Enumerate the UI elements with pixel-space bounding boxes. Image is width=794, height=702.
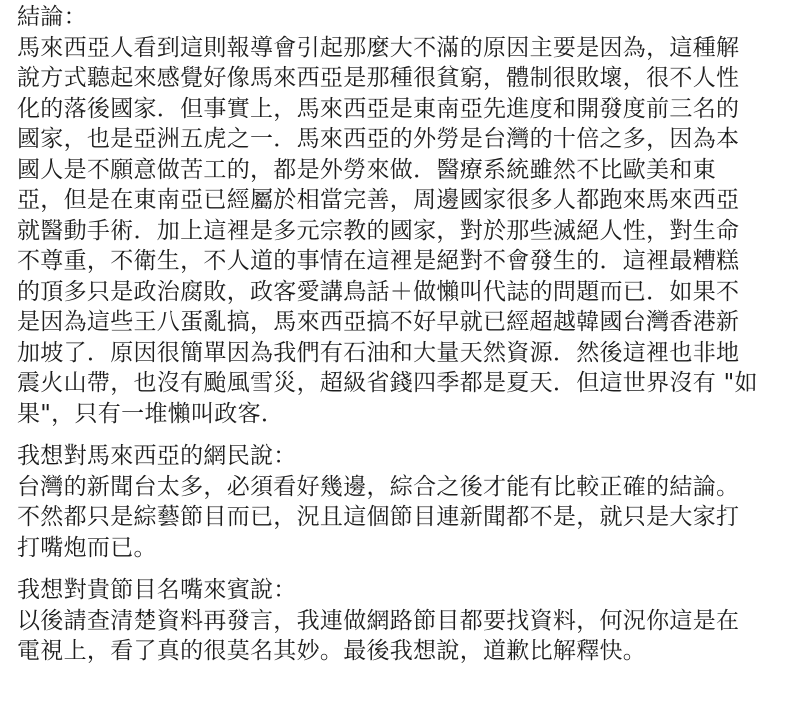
text-line: 的頂多只是政治腐敗，政客愛講鳥話＋做懶叫代誌的問題而已．如果不 (17, 277, 794, 308)
paragraph-conclusion: 結論： 馬來西亞人看到這則報導會引起那麼大不滿的原因主要是因為，這種解 說方式聽… (17, 2, 794, 429)
text-line: 台灣的新聞台太多，必須看好幾邊，綜合之後才能有比較正確的結論。 (17, 472, 794, 503)
text-line: 果"，只有一堆懶叫政客． (17, 399, 794, 430)
paragraph-heading: 結論： (17, 2, 794, 33)
text-line: 以後請查清楚資料再發言，我連做網路節目都要找資料，何況你這是在 (17, 606, 794, 637)
text-line: 是因為這些王八蛋亂搞，馬來西亞搞不好早就已經超越韓國台灣香港新 (17, 307, 794, 338)
text-line: 不尊重，不衛生，不人道的事情在這裡是絕對不會發生的．這裡最糟糕 (17, 246, 794, 277)
text-line: 震火山帶，也沒有颱風雪災，超級省錢四季都是夏天．但這世界沒有 "如 (17, 368, 794, 399)
text-line: 馬來西亞人看到這則報導會引起那麼大不滿的原因主要是因為，這種解 (17, 33, 794, 64)
text-line: 就醫動手術．加上這裡是多元宗教的國家，對於那些滅絕人性，對生命 (17, 216, 794, 247)
text-line: 不然都只是綜藝節目而已，況且這個節目連新聞都不是，就只是大家打 (17, 502, 794, 533)
text-line: 加坡了．原因很簡單因為我們有石油和大量天然資源．然後這裡也非地 (17, 338, 794, 369)
text-line: 打嘴炮而已。 (17, 533, 794, 564)
paragraph-to-show-guests: 我想對貴節目名嘴來賓說： 以後請查清楚資料再發言，我連做網路節目都要找資料，何況… (17, 575, 794, 667)
paragraph-to-malaysian-netizens: 我想對馬來西亞的網民說： 台灣的新聞台太多，必須看好幾邊，綜合之後才能有比較正確… (17, 441, 794, 563)
text-line: 電視上，看了真的很莫名其妙。最後我想說，道歉比解釋快。 (17, 636, 794, 667)
paragraph-heading: 我想對馬來西亞的網民說： (17, 441, 794, 472)
text-line: 化的落後國家．但事實上，馬來西亞是東南亞先進度和開發度前三名的 (17, 94, 794, 125)
document-body: 結論： 馬來西亞人看到這則報導會引起那麼大不滿的原因主要是因為，這種解 說方式聽… (0, 0, 794, 667)
text-line: 說方式聽起來感覺好像馬來西亞是那種很貧窮，體制很敗壞，很不人性 (17, 63, 794, 94)
text-line: 亞，但是在東南亞已經屬於相當完善，周邊國家很多人都跑來馬來西亞 (17, 185, 794, 216)
paragraph-heading: 我想對貴節目名嘴來賓說： (17, 575, 794, 606)
text-line: 國人是不願意做苦工的，都是外勞來做．醫療系統雖然不比歐美和東 (17, 155, 794, 186)
text-line: 國家，也是亞洲五虎之一．馬來西亞的外勞是台灣的十倍之多，因為本 (17, 124, 794, 155)
